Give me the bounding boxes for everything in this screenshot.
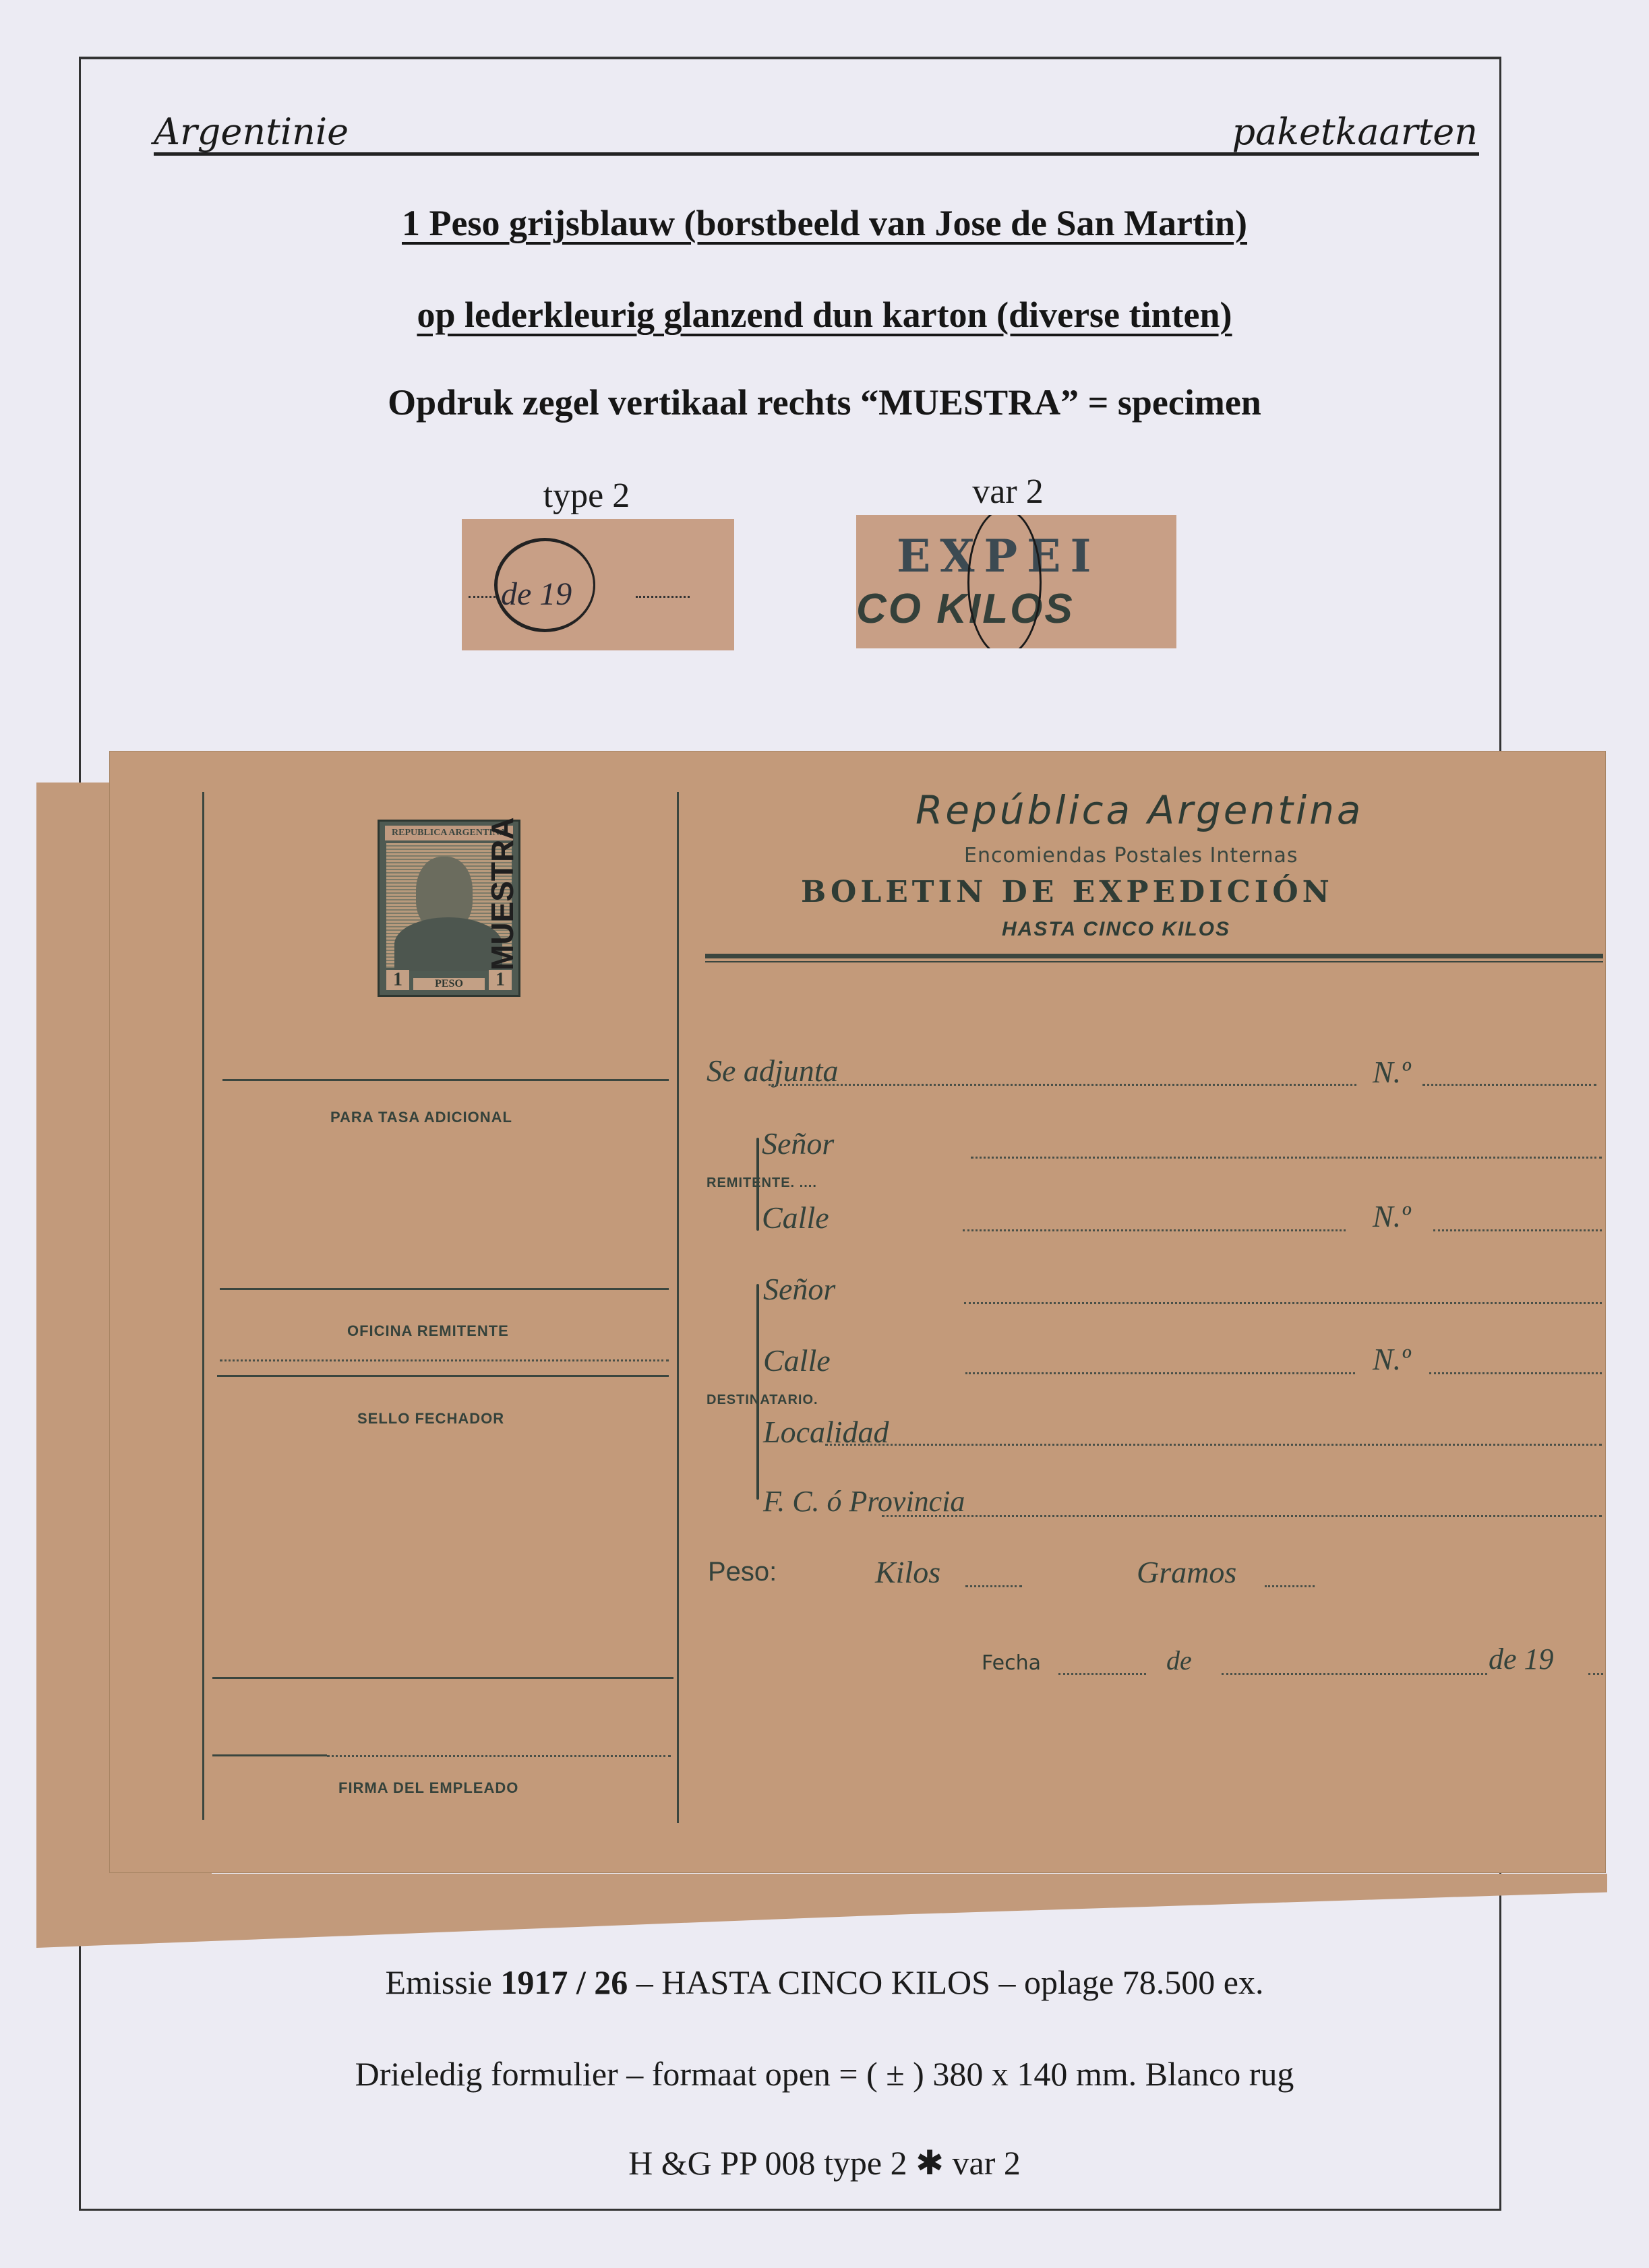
heading-thick-rule [705, 954, 1603, 958]
destinatario-senor-line[interactable] [964, 1302, 1602, 1304]
label-remitente: REMITENTE. .... [707, 1175, 817, 1191]
header-category: paketkaarten [1232, 111, 1478, 153]
sample-label-type: type 2 [519, 476, 654, 516]
label-destinatario: DESTINATARIO. [707, 1392, 818, 1408]
title-line-1: 1 Peso grijsblauw (borstbeeld van Jose d… [0, 202, 1649, 244]
fecha-year-line[interactable] [1588, 1673, 1603, 1675]
card-title: República Argentina [916, 787, 1363, 833]
title-text-2: op lederkleurig glanzend dun karton (div… [417, 295, 1232, 335]
card-weight-limit: HASTA CINCO KILOS [1002, 918, 1230, 941]
asterisk-icon: ✱ [916, 2144, 944, 2182]
divider-3 [217, 1375, 669, 1377]
label-sello-fechador: SELLO FECHADOR [357, 1410, 504, 1428]
gramos-line[interactable] [1265, 1585, 1315, 1587]
divider-5a [212, 1754, 327, 1756]
destinatario-localidad-line[interactable] [825, 1444, 1602, 1446]
destinatario-brace [756, 1284, 759, 1500]
fecha-month-line[interactable] [1222, 1673, 1487, 1675]
divider-1 [222, 1079, 669, 1081]
remitente-calle-line[interactable] [963, 1229, 1346, 1231]
footer-catalog: H &G PP 008 type 2 ✱ var 2 [0, 2143, 1649, 2182]
header-rule [154, 152, 1479, 156]
label-para-tasa-adicional: PARA TASA ADICIONAL [330, 1109, 512, 1126]
destinatario-no-label: N.º [1373, 1341, 1410, 1377]
footer-format: Drieledig formulier – formaat open = ( ±… [0, 2054, 1649, 2093]
gramos-label: Gramos [1137, 1554, 1236, 1590]
footer-emission: Emissie 1917 / 26 – HASTA CINCO KILOS – … [0, 1963, 1649, 2002]
postal-parcel-card [109, 751, 1606, 1873]
muestra-overprint: MUESTRA [484, 818, 520, 971]
kilos-label: Kilos [875, 1554, 940, 1590]
destinatario-calle-line[interactable] [965, 1372, 1355, 1374]
destinatario-no-line[interactable] [1429, 1372, 1602, 1374]
heading-thin-rule [705, 961, 1603, 962]
left-panel-border-right [677, 792, 679, 1823]
field-se-adjunta-no-line[interactable] [1422, 1084, 1596, 1086]
remitente-calle-label: Calle [762, 1200, 829, 1235]
divider-5b [327, 1755, 671, 1757]
title-line-2: op lederkleurig glanzend dun karton (div… [0, 294, 1649, 336]
header-country: Argentinie [154, 111, 349, 153]
sample-label-var: var 2 [940, 472, 1075, 512]
fecha-day-line[interactable] [1058, 1673, 1146, 1675]
sample-var-2-crop: EXPEI CO KILOS [856, 515, 1176, 648]
title-text-1: 1 Peso grijsblauw (borstbeeld van Jose d… [402, 203, 1247, 243]
label-oficina-remitente: OFICINA REMITENTE [347, 1322, 509, 1340]
divider-dotted [220, 1359, 669, 1361]
fecha-de-label: de [1166, 1645, 1192, 1676]
field-se-adjunta-no-label: N.º [1373, 1054, 1410, 1090]
stamp-denomination: PESO [413, 978, 485, 990]
destinatario-senor-label: Señor [763, 1271, 835, 1307]
card-subtitle: Encomiendas Postales Internas [964, 844, 1298, 867]
destinatario-provincia-label: F. C. ó Provincia [763, 1484, 965, 1519]
peso-label: Peso: [708, 1557, 777, 1587]
fecha-year-label: de 19 [1489, 1642, 1554, 1676]
stamp-value-right: 1 [489, 970, 512, 990]
field-se-adjunta-line[interactable] [769, 1084, 1356, 1086]
stamp-value-left: 1 [386, 970, 409, 990]
sample-var-2-bottom: CO KILOS [856, 585, 1075, 633]
remitente-senor-label: Señor [762, 1126, 834, 1161]
divider-2 [220, 1288, 669, 1290]
title-line-3: Opdruk zegel vertikaal rechts “MUESTRA” … [0, 381, 1649, 423]
destinatario-calle-label: Calle [763, 1343, 831, 1378]
card-form-name: BOLETIN DE EXPEDICIÓN [801, 875, 1333, 909]
fecha-label: Fecha [982, 1651, 1041, 1675]
sample-type-2-text: de 19 [501, 576, 572, 613]
divider-4 [212, 1677, 673, 1679]
destinatario-provincia-line[interactable] [882, 1515, 1602, 1517]
remitente-brace [756, 1138, 759, 1231]
label-firma-del-empleado: FIRMA DEL EMPLEADO [338, 1779, 518, 1797]
left-panel-border-left [202, 792, 204, 1820]
remitente-no-label: N.º [1373, 1198, 1410, 1234]
remitente-no-line[interactable] [1433, 1229, 1602, 1231]
title-text-3: Opdruk zegel vertikaal rechts “MUESTRA” … [388, 382, 1261, 423]
remitente-senor-line[interactable] [971, 1157, 1602, 1159]
sample-type-2-crop: de 19 [462, 519, 734, 650]
footer-emission-years: 1917 / 26 [500, 1963, 628, 2001]
kilos-line[interactable] [965, 1585, 1022, 1587]
